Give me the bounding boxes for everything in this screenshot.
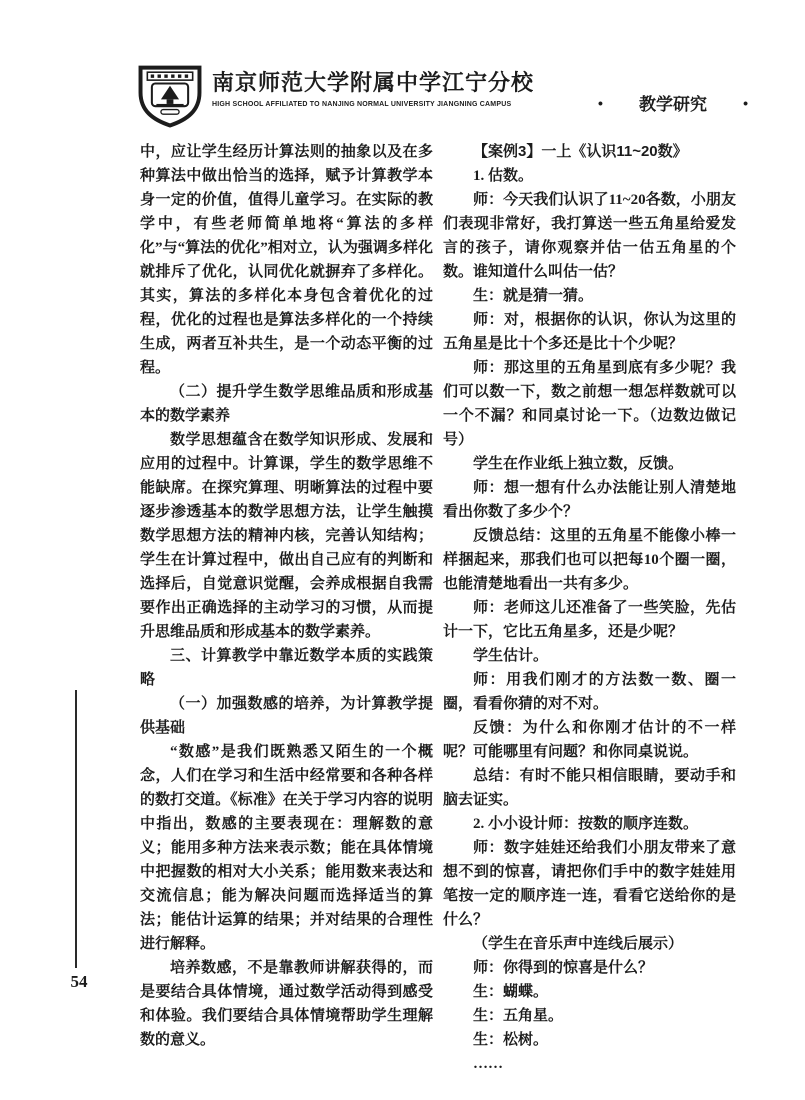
paragraph: 生：松树。 (443, 1028, 736, 1052)
bullet-icon: • (598, 95, 603, 111)
section-label: • 教学研究 • (598, 90, 748, 115)
paragraph: 三、计算教学中靠近数学本质的实践策略 (140, 644, 433, 692)
school-name-english: HIGH SCHOOL AFFILIATED TO NANJING NORMAL… (212, 101, 542, 108)
paragraph: “数感”是我们既熟悉又陌生的一个概念，人们在学习和生活中经常要和各种各样的数打交… (140, 740, 433, 956)
bullet-icon: • (743, 95, 748, 111)
school-name: 南京师范大学附属中学江宁分校 (212, 68, 542, 98)
paragraph: …… (443, 1052, 736, 1076)
school-crest-icon (136, 62, 204, 130)
paragraph: 师：老师这儿还准备了一些笑脸，先估计一下，它比五角星多，还是少呢？ (443, 596, 736, 644)
paragraph: 反馈：为什么和你刚才估计的不一样呢？可能哪里有问题？和你同桌说说。 (443, 716, 736, 764)
section-label-text: 教学研究 (639, 90, 707, 115)
paragraph: 师：用我们刚才的方法数一数、圈一圈，看看你猜的对不对。 (443, 668, 736, 716)
paragraph: 生：五角星。 (443, 1004, 736, 1028)
paragraph: 师：你得到的惊喜是什么？ (443, 956, 736, 980)
paragraph: 师：想一想有什么办法能让别人清楚地看出你数了多少个？ (443, 476, 736, 524)
paragraph: 生：就是猜一猜。 (443, 284, 736, 308)
page-number: 54 (58, 972, 100, 992)
paragraph: 2. 小小设计师：按数的顺序连数。 (443, 812, 736, 836)
paragraph: 学生在作业纸上独立数，反馈。 (443, 452, 736, 476)
paragraph: （二）提升学生数学思维品质和形成基本的数学素养 (140, 380, 433, 428)
right-column: 【案例3】一上《认识11~20数》 1. 估数。 师：今天我们认识了11~20各… (443, 140, 736, 1076)
paragraph: （学生在音乐声中连线后展示） (443, 932, 736, 956)
document-page: 南京师范大学附属中学江宁分校 HIGH SCHOOL AFFILIATED TO… (0, 0, 805, 1100)
paragraph: 师：那这里的五角星到底有多少呢？我们可以数一下，数之前想一想怎样数就可以一个不漏… (443, 356, 736, 452)
left-column: 中，应让学生经历计算法则的抽象以及在多种算法中做出恰当的选择，赋予计算教学本身一… (140, 140, 433, 1052)
paragraph: 数学思想蕴含在数学知识形成、发展和应用的过程中。计算课，学生的数学思维不能缺席。… (140, 428, 433, 644)
paragraph: （一）加强数感的培养，为计算教学提供基础 (140, 692, 433, 740)
paragraph: 师：数字娃娃还给我们小朋友带来了意想不到的惊喜，请把你们手中的数字娃娃用笔按一定… (443, 836, 736, 932)
paragraph: 生：蝴蝶。 (443, 980, 736, 1004)
paragraph: 反馈总结：这里的五角星不能像小棒一样捆起来，那我们也可以把每10个圈一圈，也能清… (443, 524, 736, 596)
paragraph: 师：对，根据你的认识，你认为这里的五角星是比十个多还是比十个少呢？ (443, 308, 736, 356)
paragraph: 【案例3】一上《认识11~20数》 (443, 140, 736, 164)
paragraph: 师：今天我们认识了11~20各数，小朋友们表现非常好，我打算送一些五角星给爱发言… (443, 188, 736, 284)
header-title-block: 南京师范大学附属中学江宁分校 HIGH SCHOOL AFFILIATED TO… (212, 68, 542, 108)
paragraph: 中，应让学生经历计算法则的抽象以及在多种算法中做出恰当的选择，赋予计算教学本身一… (140, 140, 433, 380)
paragraph: 培养数感，不是靠教师讲解获得的，而是要结合具体情境，通过数学活动得到感受和体验。… (140, 956, 433, 1052)
paragraph: 1. 估数。 (443, 164, 736, 188)
paragraph: 学生估计。 (443, 644, 736, 668)
paragraph: 总结：有时不能只相信眼睛，要动手和脑去证实。 (443, 764, 736, 812)
margin-rule (75, 690, 77, 968)
